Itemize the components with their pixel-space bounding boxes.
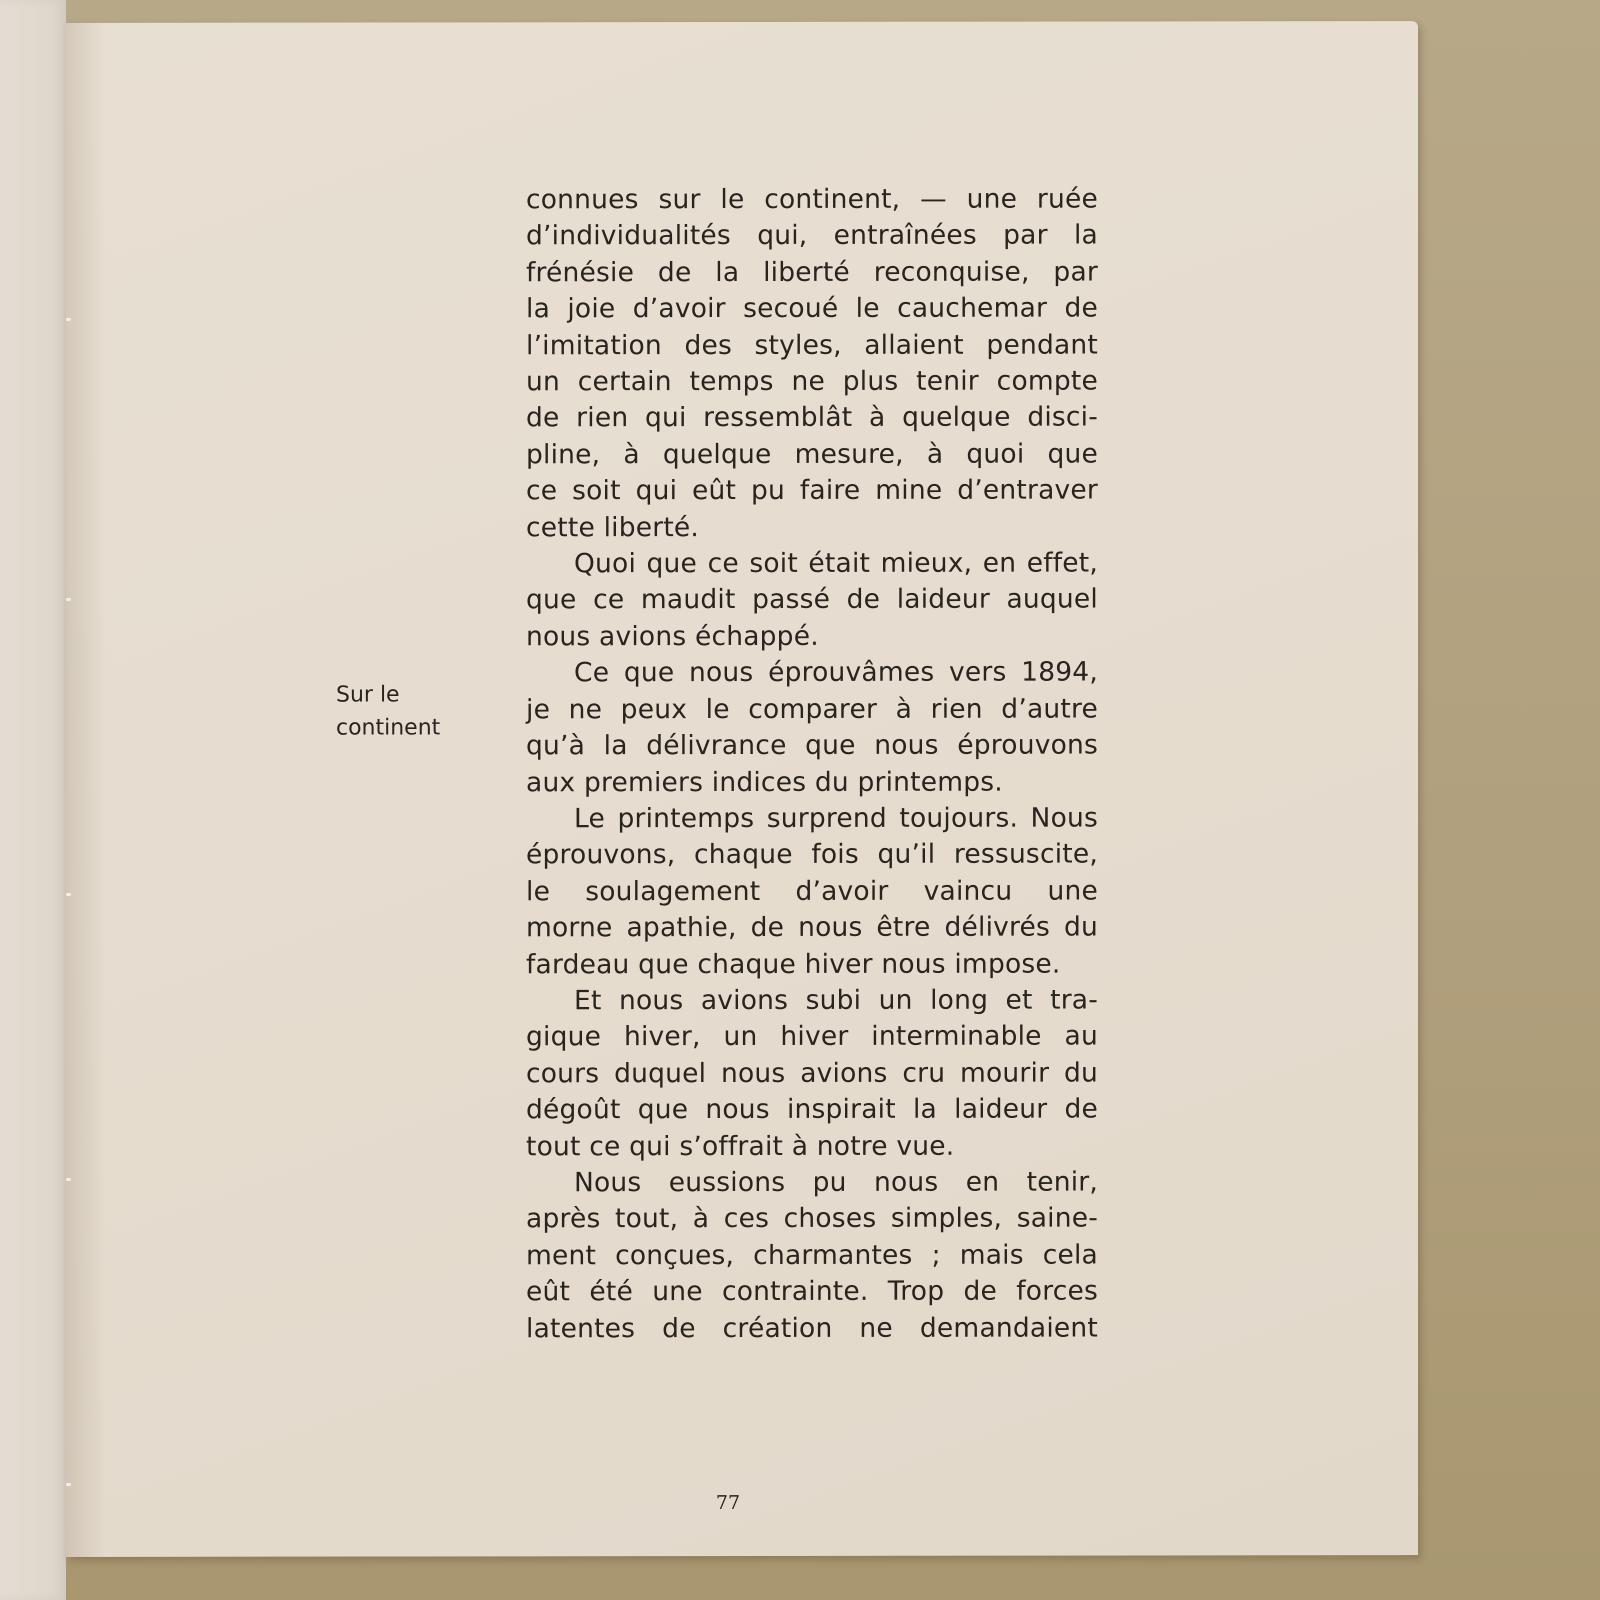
text-line: nous avions échappé. [526,618,1098,655]
text-line: cette liberté. [526,509,1098,546]
body-text: connues sur le continent, — une ruéed’in… [526,182,1098,1348]
binding-stitch [66,318,71,321]
text-line: d’individualités qui, entraînées par la [526,218,1098,255]
text-line: Quoi que ce soit était mieux, en effet, [526,546,1098,583]
text-line: qu’à la délivrance que nous éprouvons [526,728,1098,765]
text-line: de rien qui ressemblât à quelque disci- [526,400,1098,437]
text-line: frénésie de la liberté reconquise, par [526,254,1098,291]
text-line: latentes de création ne demandaient [526,1310,1098,1347]
text-line: pline, à quelque mesure, à quoi que [526,436,1098,473]
text-line: fardeau que chaque hiver nous impose. [526,946,1098,983]
margin-note: Sur le continent [336,678,460,744]
text-line: tout ce qui s’offrait à notre vue. [526,1128,1098,1165]
text-line: Ce que nous éprouvâmes vers 1894, [526,655,1098,692]
text-line: dégoût que nous inspirait la laideur de [526,1092,1098,1129]
text-line: connues sur le continent, — une ruée [526,182,1098,219]
text-line: éprouvons, chaque fois qu’il ressuscite, [526,837,1098,874]
text-line: ce soit qui eût pu faire mine d’entraver [526,473,1098,510]
text-line: gique hiver, un hiver interminable au [526,1019,1098,1056]
text-line: l’imitation des styles, allaient pendant [526,327,1098,364]
text-line: ment conçues, charmantes ; mais cela [526,1237,1098,1274]
text-line: morne apathie, de nous être délivrés du [526,910,1098,947]
text-line: Nous eussions pu nous en tenir, [526,1164,1098,1201]
text-line: la joie d’avoir secoué le cauchemar de [526,291,1098,328]
text-line: eût été une contrainte. Trop de forces [526,1274,1098,1311]
gutter-shadow [66,23,106,1557]
text-line: un certain temps ne plus tenir compte [526,364,1098,401]
binding-stitch [66,1178,71,1181]
text-line: aux premiers indices du printemps. [526,764,1098,801]
text-line: Le printemps surprend toujours. Nous [526,800,1098,837]
text-line: cours duquel nous avions cru mourir du [526,1055,1098,1092]
text-line: après tout, à ces choses simples, saine- [526,1201,1098,1238]
page-number: 77 [708,1492,748,1514]
book-page: Sur le continent connues sur le continen… [66,21,1418,1557]
facing-page-edge [0,0,66,1600]
text-line: Et nous avions subi un long et tra- [526,982,1098,1019]
text-line: que ce maudit passé de laideur auquel [526,582,1098,619]
text-line: je ne peux le comparer à rien d’autre [526,691,1098,728]
binding-stitch [66,893,71,896]
binding-stitch [66,1483,71,1486]
margin-note-line: continent [336,711,460,744]
margin-note-line: Sur le [336,678,460,711]
binding-stitch [66,598,71,601]
text-line: le soulagement d’avoir vaincu une [526,873,1098,910]
